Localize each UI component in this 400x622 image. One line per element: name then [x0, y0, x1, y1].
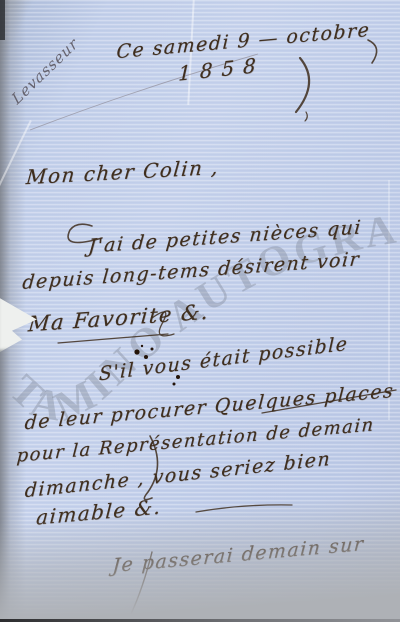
flourish-paren-open [368, 40, 377, 63]
letter-salutation: Mon cher Colin , [25, 155, 220, 189]
letter-body-line: S'il vous était possible [99, 333, 349, 386]
letter-photo: TAMINO AUTOGRAPHS Ce samedi 9 — octobre [0, 0, 400, 622]
letter-body-line: Je passerai demain sur [112, 533, 365, 577]
photo-dark-corner [0, 0, 5, 40]
flourish-underline-favorite [58, 334, 168, 343]
letter-body-line: depuis long-tems désirent voir [21, 248, 361, 294]
flourish-comma [305, 112, 307, 121]
flourish-after-aimable [196, 505, 292, 512]
letter-body-line: Ma Favorite &. [27, 300, 210, 337]
letter-year: 1858 [178, 52, 265, 85]
flourish-paren-close [296, 58, 309, 112]
letter-body-line: aimable &. [35, 494, 162, 529]
